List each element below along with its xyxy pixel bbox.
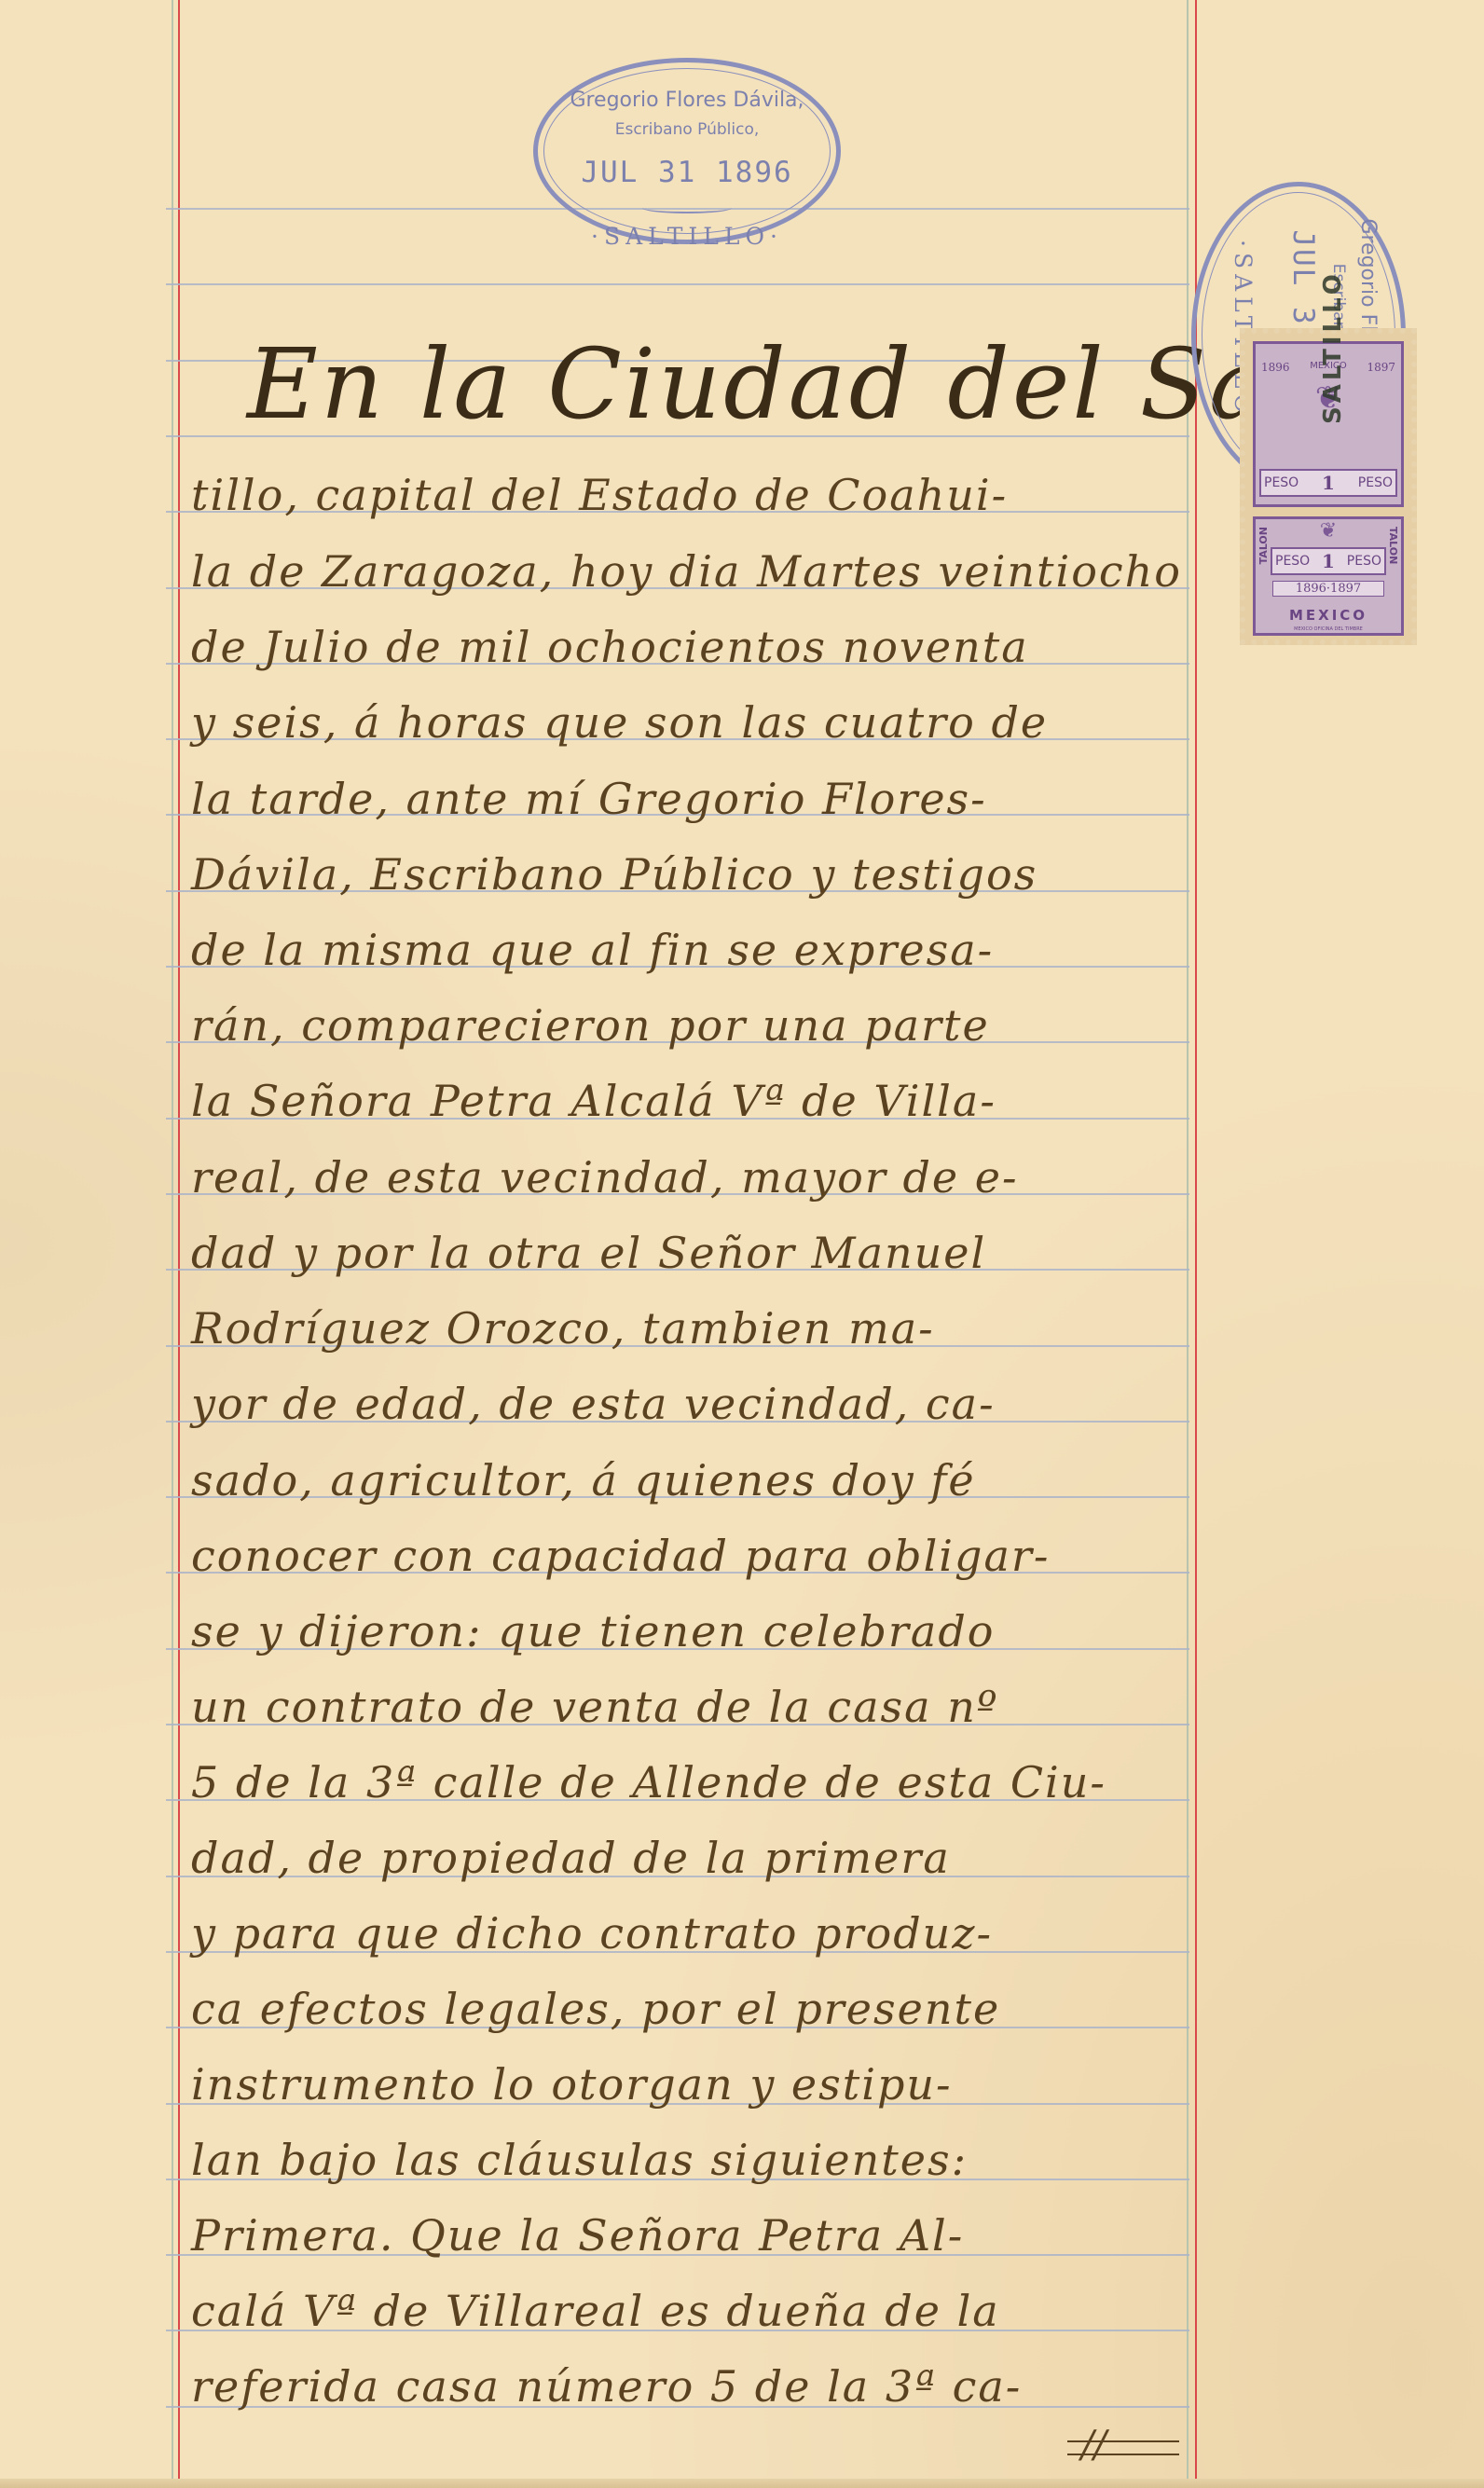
deed-line: la de Zaragoza, hoy dia Martes veintioch…: [191, 550, 1198, 593]
deed-line: dad y por la otra el Señor Manuel: [191, 1231, 1198, 1274]
left-margin-red-line: [178, 0, 180, 2488]
deed-line: En la Ciudad del Sal-: [247, 336, 1254, 433]
deed-line: la Señora Petra Alcalá Vª de Villa-: [191, 1079, 1198, 1122]
deed-line: calá Vª de Villareal es dueña de la: [191, 2289, 1198, 2332]
denomination-label: PESO: [1347, 554, 1381, 569]
denomination-label: PESO: [1358, 475, 1393, 490]
denomination-value: 1: [1322, 472, 1335, 494]
document-page: En la Ciudad del Sal- tillo, capital del…: [0, 0, 1484, 2488]
revenue-printer-imprint: MEXICO OFICINA DEL TIMBRE: [1256, 626, 1401, 632]
revenue-country: MEXICO: [1256, 607, 1401, 624]
stamp-notary-name: Gregorio Flores Dávila,: [538, 89, 836, 112]
notary-stamp-top: Gregorio Flores Dávila, Escribano Públic…: [533, 58, 841, 244]
stamp-swash-ornament: [642, 202, 732, 213]
denomination-label: PESO: [1264, 475, 1298, 490]
revenue-overprint: SALTILLO: [1319, 270, 1347, 424]
revenue-denomination-row: PESO 1 PESO: [1271, 547, 1386, 575]
deed-line: instrumento lo otorgan y estipu-: [191, 2063, 1198, 2106]
deed-line: un contrato de venta de la casa nº: [191, 1685, 1198, 1728]
revenue-year-right: 1897: [1367, 361, 1395, 374]
revenue-denomination-row: PESO 1 PESO: [1259, 469, 1397, 497]
deed-line: yor de edad, de esta vecindad, ca-: [191, 1382, 1198, 1425]
denomination-label: PESO: [1275, 554, 1310, 569]
stamp-date: JUL 31 1896: [538, 156, 836, 189]
stamp-notary-role: Escribano Público,: [538, 120, 836, 139]
deed-line: Primera. Que la Señora Petra Al-: [191, 2214, 1198, 2257]
deed-line: referida casa número 5 de la 3ª ca-: [191, 2365, 1198, 2408]
deed-line: real, de esta vecindad, mayor de e-: [191, 1156, 1198, 1199]
deed-line: dad, de propiedad de la primera: [191, 1836, 1198, 1879]
end-of-page-mark: //: [1081, 2424, 1106, 2467]
deed-line: ca efectos legales, por el presente: [191, 1987, 1198, 2030]
revenue-stamp-talon-panel: TALON TALON ❦ PESO 1 PESO 1896·1897 MEXI…: [1253, 516, 1404, 636]
stamp-city: ·SALTILLO·: [538, 223, 836, 250]
deed-line: rán, comparecieron por una parte: [191, 1004, 1198, 1047]
deed-line: 5 de la 3ª calle de Allende de esta Ciu-: [191, 1761, 1198, 1804]
deed-line: la tarde, ante mí Gregorio Flores-: [191, 777, 1198, 820]
deed-line: lan bajo las cláusulas siguientes:: [191, 2138, 1198, 2181]
revenue-years-range: 1896·1897: [1272, 581, 1384, 597]
ruled-line: [166, 283, 1189, 285]
left-margin-guide-line: [172, 0, 173, 2488]
talon-label: TALON: [1387, 527, 1399, 564]
deed-line: se y dijeron: que tienen celebrado: [191, 1610, 1198, 1653]
deed-line: de Julio de mil ochocientos noventa: [191, 625, 1198, 668]
deed-line: sado, agricultor, á quienes doy fé: [191, 1459, 1198, 1502]
page-bottom-edge: [0, 2479, 1484, 2488]
talon-label: TALON: [1257, 527, 1270, 564]
deed-line: Rodríguez Orozco, tambien ma-: [191, 1307, 1198, 1350]
deed-line: y seis, á horas que son las cuatro de: [191, 701, 1198, 744]
deed-line: y para que dicho contrato produz-: [191, 1912, 1198, 1955]
deed-line: Dávila, Escribano Público y testigos: [191, 853, 1198, 896]
deed-line: de la misma que al fin se expresa-: [191, 928, 1198, 971]
eagle-emblem-icon: ❦: [1320, 519, 1337, 543]
deed-line: tillo, capital del Estado de Coahui-: [191, 474, 1198, 516]
denomination-value: 1: [1322, 550, 1335, 572]
deed-line: conocer con capacidad para obligar-: [191, 1534, 1198, 1577]
